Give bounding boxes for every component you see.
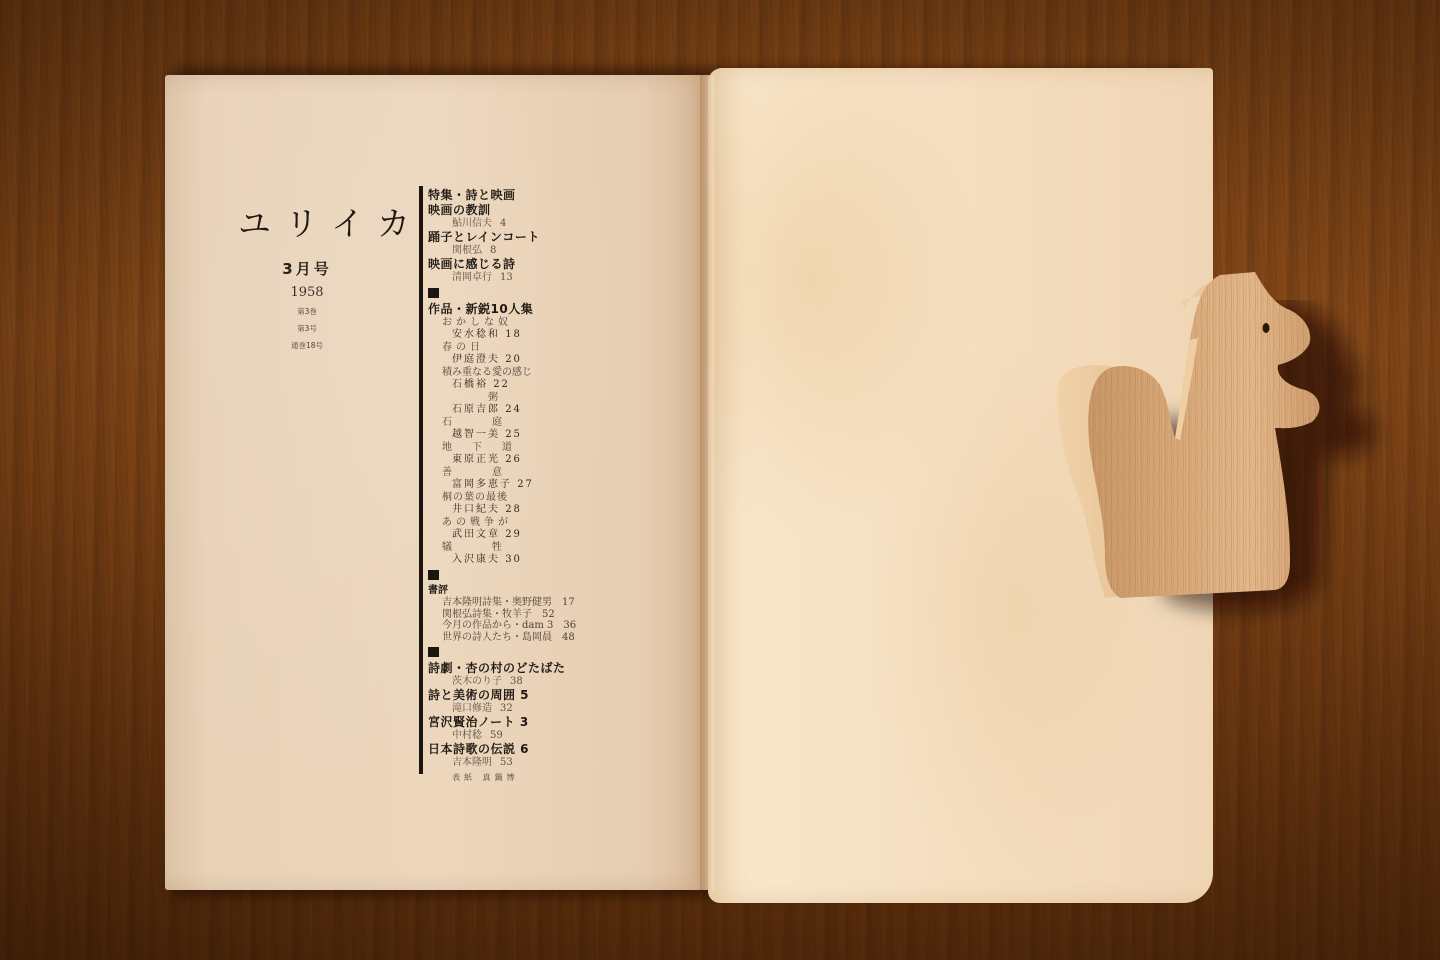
issue-number: 第3号 bbox=[272, 323, 342, 334]
page-number: 32 bbox=[500, 703, 513, 714]
toc-entry-author: 滝口修造32 bbox=[428, 703, 628, 715]
poem-title: 石庭 bbox=[428, 417, 628, 429]
poem-author: 安水稔和 18 bbox=[428, 329, 628, 341]
page-number: 8 bbox=[490, 245, 496, 256]
page-number: 20 bbox=[505, 354, 522, 365]
toc-entry-title: 詩と美術の周囲 5 bbox=[428, 688, 628, 703]
issue-info: 3月号 1958 第3巻 第3号 通巻18号 bbox=[272, 258, 342, 351]
toc-entry-title: 詩劇・杏の村のどたばた bbox=[428, 661, 628, 676]
page-number: 52 bbox=[542, 609, 555, 620]
toc-reviews-heading: 書評 bbox=[428, 584, 628, 597]
poem-title: 地下道 bbox=[428, 442, 628, 454]
toc-entry-author: 中村稔59 bbox=[428, 730, 628, 742]
page-number: 17 bbox=[562, 597, 575, 608]
toc-entry-title: 映画に感じる詩 bbox=[428, 257, 628, 272]
poem-author: 伊庭澄夫 20 bbox=[428, 354, 628, 366]
page-number: 4 bbox=[500, 218, 506, 229]
toc-entry-author: 吉本隆明53 bbox=[428, 757, 628, 769]
page-number: 29 bbox=[505, 529, 522, 540]
section-divider-square-icon bbox=[428, 647, 439, 657]
poem-title: 犠牲 bbox=[428, 542, 628, 554]
page-number: 53 bbox=[500, 757, 513, 768]
poem-author: 入沢康夫 30 bbox=[428, 554, 628, 566]
page-number: 48 bbox=[562, 632, 575, 643]
page-number: 18 bbox=[505, 329, 522, 340]
poem-title: 粥 bbox=[428, 392, 628, 404]
toc-entry-title: 映画の教訓 bbox=[428, 203, 628, 218]
page-number: 30 bbox=[505, 554, 522, 565]
page-number: 38 bbox=[510, 676, 523, 687]
poem-title: 春の日 bbox=[428, 342, 628, 354]
page-number: 26 bbox=[505, 454, 522, 465]
issue-volume: 第3巻 bbox=[272, 306, 342, 317]
section-divider-square-icon bbox=[428, 288, 439, 298]
toc-feature-heading: 特集・詩と映画 bbox=[428, 188, 628, 203]
toc-entry-author: 関根弘8 bbox=[428, 245, 628, 257]
poem-author: 武田文章 29 bbox=[428, 529, 628, 541]
issue-cumulative: 通巻18号 bbox=[272, 340, 342, 351]
poem-author: 石橋裕 22 bbox=[428, 379, 628, 391]
page-number: 27 bbox=[517, 479, 534, 490]
section-divider-square-icon bbox=[428, 570, 439, 580]
book-spine-gutter bbox=[700, 75, 714, 890]
issue-year: 1958 bbox=[272, 285, 342, 300]
toc-entry-author: 鮎川信夫4 bbox=[428, 218, 628, 230]
review-entry: 関根弘詩集・牧羊子52 bbox=[428, 609, 628, 621]
toc-entry-author: 茨木のり子38 bbox=[428, 676, 628, 688]
poem-author: 富岡多恵子 27 bbox=[428, 479, 628, 491]
toc-entry-title: 踊子とレインコート bbox=[428, 230, 628, 245]
toc-entry-author: 清岡卓行13 bbox=[428, 272, 628, 284]
poem-title: 積み重なる愛の感じ bbox=[428, 367, 628, 379]
issue-month: 3月号 bbox=[272, 258, 342, 279]
page-number: 24 bbox=[505, 404, 522, 415]
squirrel-eye-icon bbox=[1263, 323, 1270, 333]
poem-author: 越智一美 25 bbox=[428, 429, 628, 441]
page-number: 28 bbox=[505, 504, 522, 515]
page-number: 36 bbox=[563, 620, 576, 631]
poem-title: 桐の葉の最後 bbox=[428, 492, 628, 504]
poem-author: 東原正光 26 bbox=[428, 454, 628, 466]
wooden-squirrel-figure bbox=[1050, 270, 1350, 620]
toc-entry-title: 日本詩歌の伝説 6 bbox=[428, 742, 628, 757]
poem-title: あの戦争が bbox=[428, 517, 628, 529]
page-number: 22 bbox=[493, 379, 510, 390]
page-number: 25 bbox=[505, 429, 522, 440]
page-number: 13 bbox=[500, 272, 513, 283]
poem-author: 石原吉郎 24 bbox=[428, 404, 628, 416]
toc-entry-title: 宮沢賢治ノート 3 bbox=[428, 715, 628, 730]
toc-vertical-rule bbox=[419, 186, 423, 774]
poem-title: おかしな奴 bbox=[428, 317, 628, 329]
cover-credit: 表紙 真鍋博 bbox=[428, 772, 628, 783]
review-entry: 今月の作品から・dam 336 bbox=[428, 620, 628, 632]
poem-author: 井口紀夫 28 bbox=[428, 504, 628, 516]
review-entry: 世界の詩人たち・島岡晨48 bbox=[428, 632, 628, 644]
page-number: 59 bbox=[490, 730, 503, 741]
poem-title: 善意 bbox=[428, 467, 628, 479]
review-entry: 吉本隆明詩集・奥野健男17 bbox=[428, 597, 628, 609]
table-of-contents: 特集・詩と映画 映画の教訓 鮎川信夫4 踊子とレインコート 関根弘8 映画に感じ… bbox=[428, 188, 628, 783]
magazine-title: ユリイカ bbox=[238, 198, 424, 245]
toc-works-heading: 作品・新鋭10人集 bbox=[428, 302, 628, 317]
